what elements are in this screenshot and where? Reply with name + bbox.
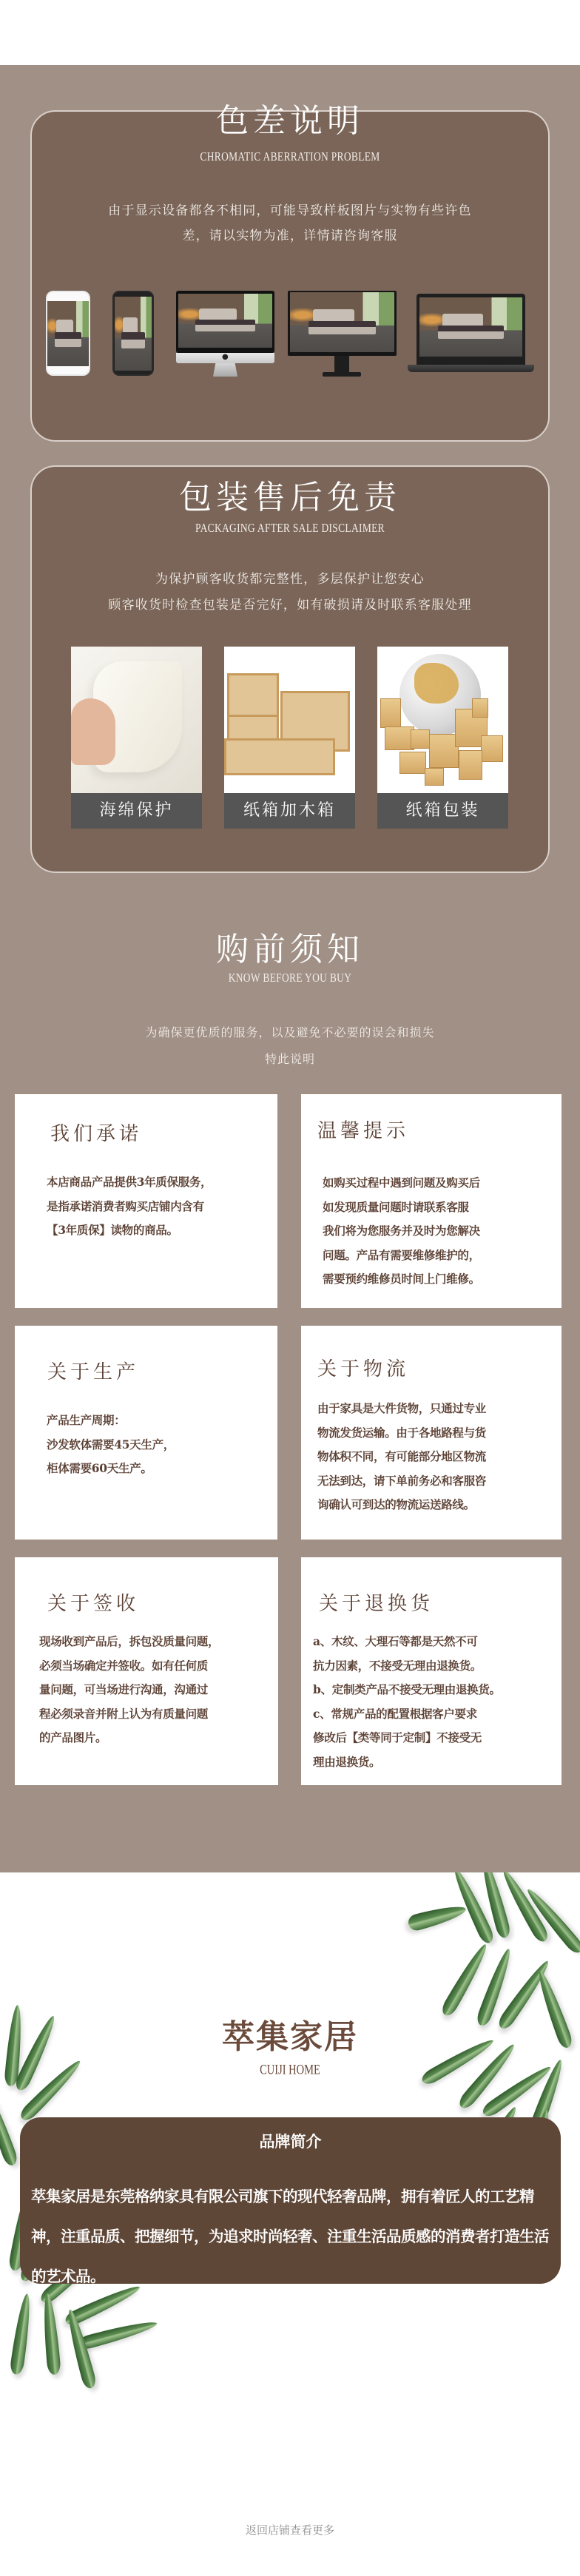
know-before-subtitle: KNOW BEFORE YOU BUY (0, 971, 580, 985)
notice-title: 关于退换货 (319, 1594, 434, 1614)
pack-label: 纸箱加木箱 (224, 793, 355, 829)
packaging-title: 包装售后免责 (32, 482, 548, 514)
notice-card-promise: 我们承诺 本店商品产品提供3年质保服务， 是指承诺消费者购买店铺内含有 【3年质… (15, 1094, 277, 1308)
notice-body: 本店商品产品提供3年质保服务， 是指承诺消费者购买店铺内含有 【3年质保】读物的… (47, 1170, 272, 1243)
notice-card-logistics: 关于物流 由于家具是大件货物，只通过专业 物流发货运输。由于各地路程与货 物体积… (301, 1326, 562, 1540)
notice-card-tips: 温馨提示 如购买过程中遇到问题及购买后 如发现质量问题时请联系客服 我们将为您服… (301, 1094, 562, 1308)
packaging-subtitle: PACKAGING AFTER SALE DISCLAIMER (32, 521, 548, 536)
notice-title: 关于签收 (47, 1594, 139, 1614)
bedroom-image (178, 294, 272, 348)
imac-icon: ● (176, 291, 274, 378)
packaging-desc-line2: 顾客收货时检查包装是否完好，如有破损请及时联系客服处理 (32, 593, 548, 618)
know-before-desc-line2: 特此说明 (0, 1046, 580, 1073)
packaging-disclaimer-panel: 包装售后免责 PACKAGING AFTER SALE DISCLAIMER 为… (30, 465, 550, 873)
device-comparison-row: ● (32, 112, 548, 440)
globe-boxes-image (377, 647, 508, 793)
bedroom-image (47, 301, 89, 366)
notice-title: 我们承诺 (50, 1125, 142, 1144)
smartphone-notch-icon (112, 291, 154, 376)
notice-title: 温馨提示 (317, 1122, 409, 1141)
back-to-store-link[interactable]: 返回店铺查看更多 (0, 2522, 580, 2538)
monitor-icon (288, 291, 397, 378)
notice-body: 产品生产周期： 沙发软体需要45天生产， 柜体需要60天生产。 (47, 1409, 272, 1481)
smartphone-icon (46, 291, 90, 376)
foam-sheet-image (71, 647, 202, 793)
brand-name-en: CUIJI HOME (0, 2063, 580, 2079)
top-spacer (0, 0, 580, 65)
brand-intro-title: 品牌简介 (20, 2134, 561, 2149)
pack-label: 纸箱包装 (377, 793, 508, 829)
notice-card-production: 关于生产 产品生产周期： 沙发软体需要45天生产， 柜体需要60天生产。 (15, 1326, 277, 1540)
pack-item-boxes: 纸箱包装 (377, 647, 508, 829)
brand-name: 萃集家居 (0, 2021, 580, 2054)
brand-intro-body: 萃集家居是东莞格纳家具有限公司旗下的现代轻奢品牌，拥有着匠人的工艺精神，注重品质… (31, 2177, 556, 2296)
know-before-desc-line1: 为确保更优质的服务，以及避免不必要的误会和损失 (0, 1019, 580, 1046)
notice-card-returns: 关于退换货 a、木纹、大理石等都是天然不可 抗力因素，不接受无理由退换货。 b、… (301, 1557, 562, 1785)
notice-body: 现场收到产品后，拆包没质量问题， 必须当场确定并签收。如有任何质 量问题，可当场… (39, 1630, 277, 1750)
bedroom-image (419, 297, 522, 357)
notice-body: 如购买过程中遇到问题及购买后 如发现质量问题时请联系客服 我们将为您服务并及时为… (323, 1171, 552, 1292)
laptop-icon (408, 294, 534, 374)
notice-body: a、木纹、大理石等都是天然不可 抗力因素，不接受无理由退换货。 b、定制类产品不… (313, 1630, 562, 1774)
packaging-desc-line1: 为保护顾客收货都完整性，多层保护让您安心 (32, 567, 548, 592)
chromatic-aberration-panel: 色差说明 CHROMATIC ABERRATION PROBLEM 由于显示设备… (30, 110, 550, 442)
pack-item-foam: 海绵保护 (71, 647, 202, 829)
wooden-crate-image (224, 647, 355, 793)
brand-intro-card: 品牌简介 萃集家居是东莞格纳家具有限公司旗下的现代轻奢品牌，拥有着匠人的工艺精神… (20, 2117, 561, 2284)
notice-title: 关于生产 (47, 1363, 139, 1382)
pack-label: 海绵保护 (71, 793, 202, 829)
know-before-title: 购前须知 (0, 934, 580, 966)
bedroom-image (115, 297, 152, 371)
pack-item-crate: 纸箱加木箱 (224, 647, 355, 829)
bedroom-image (290, 292, 394, 352)
notice-title: 关于物流 (317, 1360, 409, 1379)
notice-body: 由于家具是大件货物，只通过专业 物流发货运输。由于各地路程与货 物体积不同，有可… (317, 1397, 562, 1517)
notice-card-signing: 关于签收 现场收到产品后，拆包没质量问题， 必须当场确定并签收。如有任何质 量问… (15, 1557, 278, 1785)
